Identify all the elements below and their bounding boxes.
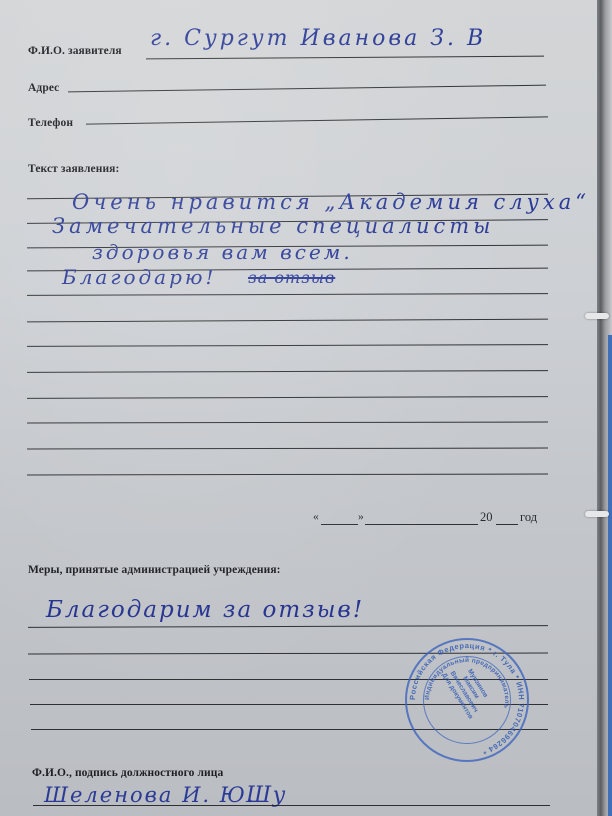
phone-label: Телефон xyxy=(28,117,73,129)
statement-text-line-1[interactable]: Очень нравится „Академия слуха“ xyxy=(72,190,590,214)
date-close-quote: » xyxy=(358,511,364,523)
applicant-label: Ф.И.О. заявителя xyxy=(28,45,122,57)
date-year-field[interactable] xyxy=(496,524,518,525)
official-value[interactable]: Шеленова И. Ю. xyxy=(44,783,255,807)
date-open-quote: « xyxy=(313,511,319,523)
address-label: Адрес xyxy=(28,82,59,94)
binder-clip xyxy=(585,511,609,517)
measures-line xyxy=(28,625,548,628)
statement-line xyxy=(27,344,548,347)
form-page: Ф.И.О. заявителя г. Сургут Иванова З. В … xyxy=(0,0,597,816)
address-line xyxy=(68,85,546,93)
statement-text-line-4[interactable]: Благодарю! xyxy=(62,265,217,289)
statement-line xyxy=(27,319,548,323)
measures-value[interactable]: Благодарим за отзыв! xyxy=(46,597,364,623)
statement-line xyxy=(27,396,548,399)
statement-label: Текст заявления: xyxy=(28,163,119,175)
date-year-prefix: 20 xyxy=(480,510,493,525)
applicant-line xyxy=(146,56,544,60)
statement-line xyxy=(27,370,548,373)
statement-line xyxy=(27,474,548,476)
statement-line xyxy=(27,448,548,450)
official-label: Ф.И.О., подпись должностного лица xyxy=(32,767,223,779)
measures-label: Меры, принятые администрацией учреждения… xyxy=(28,564,281,576)
binder-clip xyxy=(585,313,609,319)
phone-line xyxy=(86,116,548,125)
date-month-field[interactable] xyxy=(365,524,478,525)
statement-text-line-2[interactable]: Замечательные специалисты xyxy=(52,214,494,238)
statement-struck-text: за отзыв xyxy=(248,268,335,287)
official-stamp: Российская Федерация * г. Тула * ИНН 710… xyxy=(405,638,529,762)
applicant-value[interactable]: г. Сургут Иванова З. В xyxy=(150,26,486,51)
statement-text-line-3[interactable]: здоровья вам всем. xyxy=(92,240,353,264)
date-day-field[interactable] xyxy=(321,524,358,525)
statement-line xyxy=(27,422,548,424)
date-year-suffix: год xyxy=(520,510,537,525)
official-line xyxy=(33,805,550,806)
statement-line xyxy=(27,293,548,296)
folder-blue-strip xyxy=(608,335,612,816)
